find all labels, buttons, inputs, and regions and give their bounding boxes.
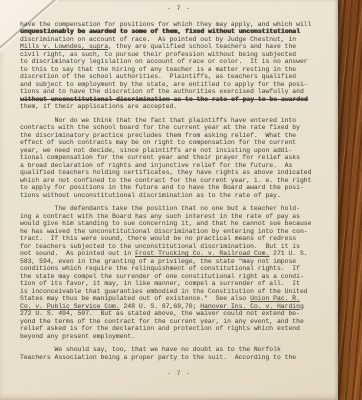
text-segment: qualified teachers holding certificates,… <box>20 169 311 176</box>
text-line: States may thus be manipulated out of ex… <box>20 295 338 303</box>
text-line: tract. If this were sound, there would b… <box>20 235 338 243</box>
text-segment: 583, 594, even in the granting of a priv… <box>20 258 296 265</box>
text-line: conditions which require the relinquishm… <box>20 265 338 273</box>
text-segment: 271 U. S. <box>269 250 307 257</box>
text-segment: 272 U. S. 494, 507. But as stated above,… <box>20 310 300 317</box>
paragraph: The defendants take the position that no… <box>20 205 338 340</box>
document-page: - 7 - have the compensation for position… <box>0 0 338 400</box>
text-segment: have the compensation for positions for … <box>20 21 311 28</box>
text-segment: is inconceivable that guaranties embodie… <box>20 288 308 295</box>
text-segment: them, if their applications are accepted… <box>20 103 177 110</box>
text-line: without unconstitutional discrimination … <box>20 96 338 104</box>
text-line: them, if their applications are accepted… <box>20 103 338 111</box>
text-segment: tract. If this were sound, there would b… <box>20 235 296 242</box>
case-citation: Frost Trucking Co. v. Railroad Com. <box>135 250 269 257</box>
text-line: have the compensation for positions for … <box>20 21 338 29</box>
text-line: 272 U. S. 494, 507. But as stated above,… <box>20 310 338 318</box>
text-segment: States may thus be manipulated out of ex… <box>20 295 250 302</box>
text-line: tions without unconstitutional discrimin… <box>20 192 338 200</box>
text-line: We should say, too, that we have no doub… <box>20 346 338 354</box>
text-segment: tions without unconstitutional discrimin… <box>20 192 281 199</box>
text-line: and subject to employment by the state, … <box>20 81 338 89</box>
text-segment: the state may compel the surrender of on… <box>20 273 304 280</box>
text-line: The defendants take the position that no… <box>20 205 338 213</box>
text-segment: civil right, as such, to pursue their pr… <box>20 51 296 58</box>
text-segment: beyond any present employment. <box>20 333 135 340</box>
text-line: the state may compel the surrender of on… <box>20 273 338 281</box>
text-line: to discriminatory legislation on account… <box>20 58 338 66</box>
text-segment: ing a contract with the Board has any su… <box>20 213 300 220</box>
text-segment: to discriminatory legislation on account… <box>20 58 308 65</box>
text-line: discrimination on account of race. As po… <box>20 36 338 44</box>
text-segment: relief asked is for the declaration and … <box>20 325 300 332</box>
case-citation: Union Pac. R. <box>250 295 300 302</box>
text-segment: yond the terms of the contract for the c… <box>20 318 304 325</box>
text-line: he has waived the unconstitutional discr… <box>20 228 338 236</box>
text-line: unquestionably be awarded to some of the… <box>20 28 338 36</box>
text-segment: and subject to employment by the state, … <box>20 81 308 88</box>
text-line: which are not confined to the contract f… <box>20 177 338 185</box>
text-line: not sound. As pointed out in Frost Truck… <box>20 250 338 258</box>
text-segment: 248 U. S. 67,69,70; <box>120 303 201 310</box>
text-line: is inconceivable that guaranties embodie… <box>20 288 338 296</box>
text-line: qualified teachers holding certificates,… <box>20 169 338 177</box>
text-segment: year, we need not decide, since plaintif… <box>20 147 292 154</box>
text-line: relief asked is for the declaration and … <box>20 325 338 333</box>
text-segment: tional compensation for the current year… <box>20 154 300 161</box>
text-segment: conditions which require the relinquishm… <box>20 265 300 272</box>
text-line: tions and to have the discretion of the … <box>20 88 338 96</box>
text-line: would give him standing to sue concernin… <box>20 220 338 228</box>
text-line: yond the terms of the contract for the c… <box>20 318 338 326</box>
paragraph: Nor do we think that the fact that plain… <box>20 117 338 200</box>
text-line: for teachers subjected to the unconstitu… <box>20 243 338 251</box>
text-segment: which are not confined to the contract f… <box>20 177 311 184</box>
text-segment: Nor do we think that the fact that plain… <box>20 117 296 124</box>
text-segment: contracts with the school board for the … <box>20 124 300 131</box>
text-line: Nor do we think that the fact that plain… <box>20 117 338 125</box>
text-line: a broad declaration of rights and injunc… <box>20 162 338 170</box>
text-segment: We should say, too, that we have no doub… <box>20 346 281 353</box>
case-citation: Co. v. Public Service Com. <box>20 303 120 310</box>
document-body: have the compensation for positions for … <box>20 21 338 362</box>
page-number-top: - 7 - <box>20 5 338 13</box>
text-line: tion of its favor, it may, in like manne… <box>20 280 338 288</box>
text-line: discretion of the school authorities. Pl… <box>20 73 338 81</box>
case-citation: Mills v. Lowndes, supra <box>20 43 108 50</box>
text-segment: The defendants take the position that no… <box>20 205 300 212</box>
paragraph: We should say, too, that we have no doub… <box>20 346 338 361</box>
text-segment: he has waived the unconstitutional discr… <box>20 228 308 235</box>
text-segment: tion of its favor, it may, in like manne… <box>20 280 300 287</box>
text-segment: would give him standing to sue concernin… <box>20 220 311 227</box>
text-segment: Teachers Association being a proper part… <box>20 354 296 361</box>
text-segment: unquestionably be awarded to some of the… <box>20 28 300 35</box>
text-segment: the discriminatory practice precludes th… <box>20 132 296 139</box>
text-line: civil right, as such, to pursue their pr… <box>20 51 338 59</box>
text-line: to apply for positions in the future and… <box>20 184 338 192</box>
text-segment: for teachers subjected to the unconstitu… <box>20 243 300 250</box>
text-line: Teachers Association being a proper part… <box>20 354 338 362</box>
text-line: Mills v. Lowndes, supra, they are qualif… <box>20 43 338 51</box>
text-segment: discrimination on account of race. As po… <box>20 36 296 43</box>
text-line: 583, 594, even in the granting of a priv… <box>20 258 338 266</box>
text-line: contracts with the school board for the … <box>20 124 338 132</box>
text-line: Co. v. Public Service Com. 248 U. S. 67,… <box>20 303 338 311</box>
text-line: tional compensation for the current year… <box>20 154 338 162</box>
text-line: ing a contract with the Board has any su… <box>20 213 338 221</box>
text-segment: without unconstitutional discrimination … <box>20 96 308 103</box>
text-segment: not sound. As pointed out in <box>20 250 135 257</box>
text-segment: tions and to have the discretion of the … <box>20 88 304 95</box>
text-segment: , they are qualified school teachers and… <box>108 43 296 50</box>
text-line: beyond any present employment. <box>20 333 338 341</box>
text-segment: to this to say that the hiring of any te… <box>20 66 296 73</box>
text-line: year, we need not decide, since plaintif… <box>20 147 338 155</box>
text-segment: to apply for positions in the future and… <box>20 184 304 191</box>
page-content: - 7 - have the compensation for position… <box>0 0 338 378</box>
text-segment: effect of such contracts may be on right… <box>20 139 296 146</box>
text-line: effect of such contracts may be on right… <box>20 139 338 147</box>
text-line: the discriminatory practice precludes th… <box>20 132 338 140</box>
text-segment: discretion of the school authorities. Pl… <box>20 73 296 80</box>
text-segment: a broad declaration of rights and injunc… <box>20 162 292 169</box>
case-citation: Hanover Ins. Co. v. Harding <box>200 303 304 310</box>
paragraph: have the compensation for positions for … <box>20 21 338 111</box>
page-number-bottom: - 7 - <box>20 370 338 378</box>
text-line: to this to say that the hiring of any te… <box>20 66 338 74</box>
